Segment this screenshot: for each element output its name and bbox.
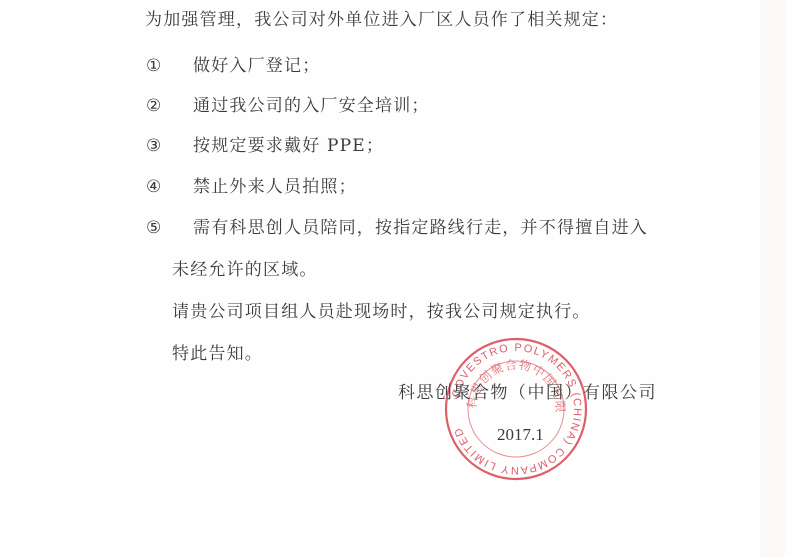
document-page: 为加强管理，我公司对外单位进入厂区人员作了相关规定： ① 做好入厂登记； ② 通… — [0, 0, 793, 557]
rule-text: 通过我公司的入厂安全培训； — [193, 95, 430, 117]
rule-text: 做好入厂登记； — [193, 55, 320, 77]
rule-number: ① — [146, 55, 161, 77]
closing-text: 特此告知。 — [172, 343, 263, 365]
rule-5-continuation: 未经允许的区域。 — [172, 259, 318, 281]
rule-text: 按规定要求戴好 PPE； — [193, 135, 384, 157]
rule-number: ④ — [146, 176, 161, 198]
rule-number: ② — [146, 95, 161, 117]
rule-text: 禁止外来人员拍照； — [193, 176, 357, 198]
rule-number: ⑤ — [146, 217, 161, 239]
rule-text: 需有科思创人员陪同，按指定路线行走，并不得擅自进入 — [193, 217, 648, 239]
rule-number: ③ — [146, 135, 161, 157]
scan-edge-band — [760, 0, 785, 557]
document-date: 2017.1 — [497, 424, 544, 446]
intro-paragraph: 为加强管理，我公司对外单位进入厂区人员作了相关规定： — [145, 9, 618, 31]
request-paragraph: 请贵公司项目组人员赴现场时，按我公司规定执行。 — [172, 301, 591, 323]
company-signature: 科思创聚合物（中国）有限公司 — [398, 382, 657, 404]
company-seal-stamp-icon: COVESTRO POLYMERS (CHINA) COMPANY LIMITE… — [443, 336, 589, 482]
